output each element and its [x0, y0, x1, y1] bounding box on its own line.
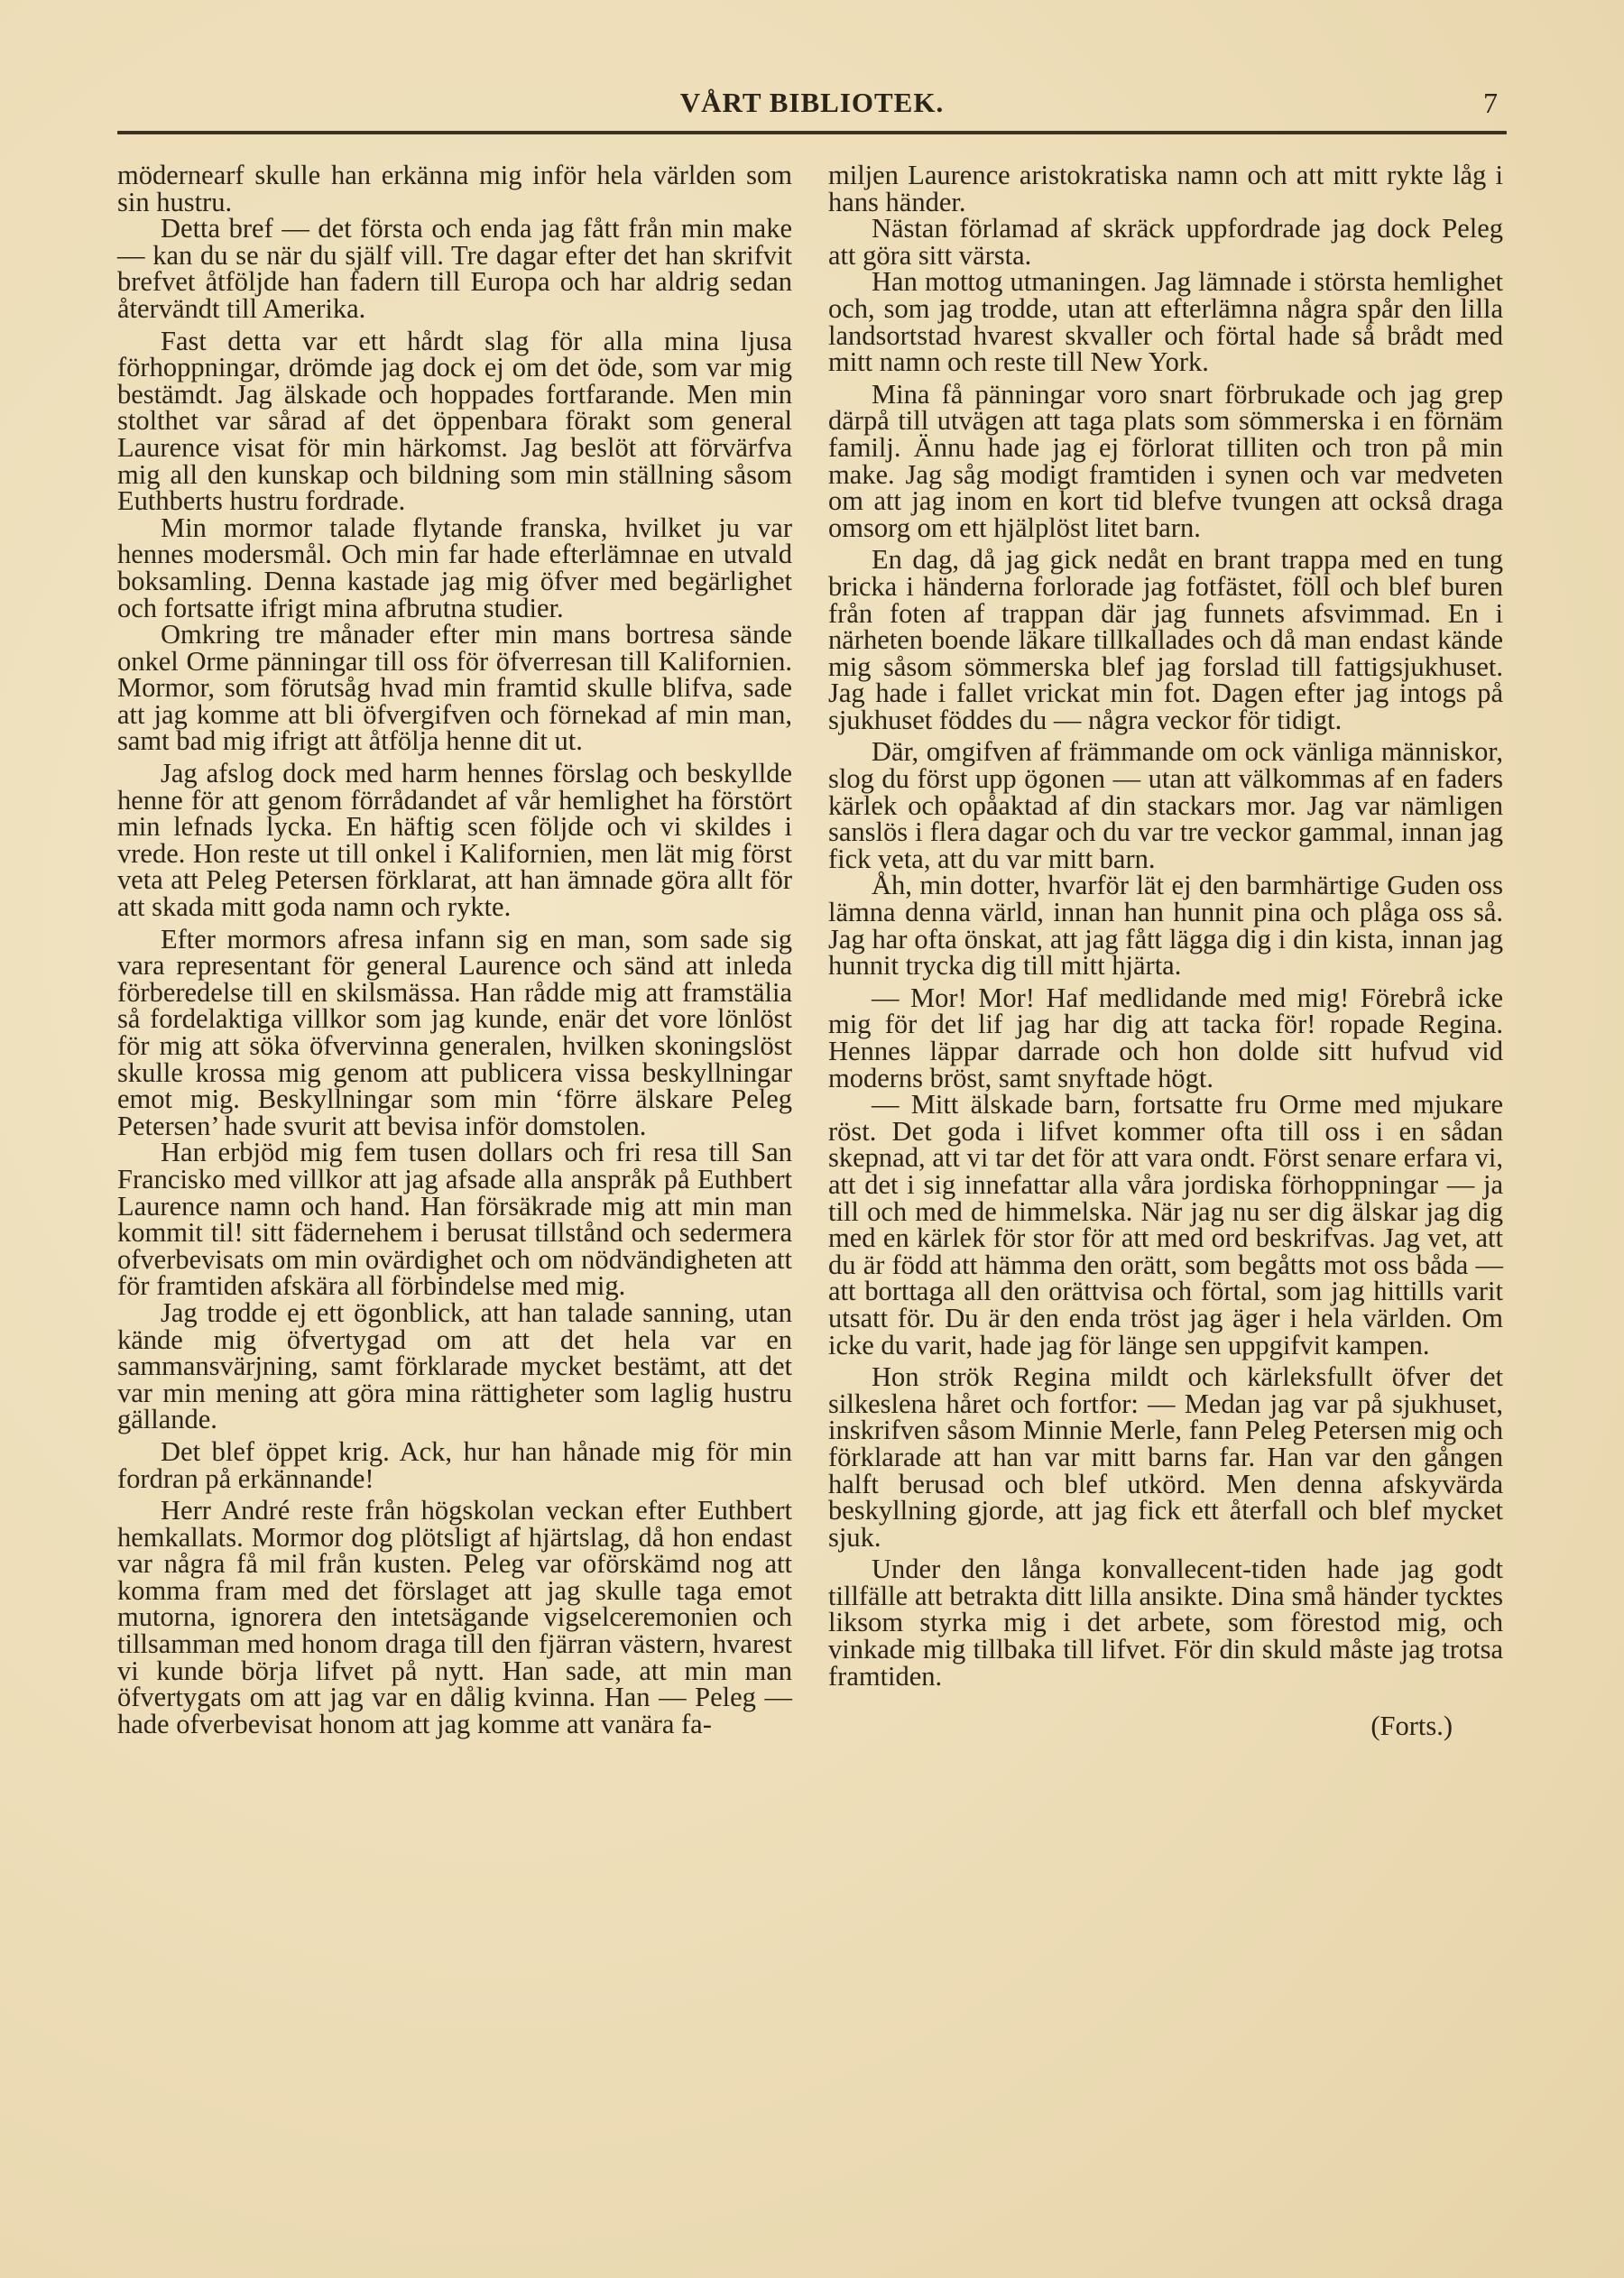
paragraph: Jag afslog dock med harm hennes förslag …	[117, 761, 792, 921]
paragraph: — Mor! Mor! Haf medlidande med mig! Före…	[828, 985, 1503, 1092]
continued-note: (Forts.)	[828, 1713, 1503, 1740]
paragraph: Detta bref — det första och enda jag fåt…	[117, 216, 792, 322]
paragraph: En dag, då jag gick nedåt en brant trapp…	[828, 547, 1503, 733]
paragraph: mödernearf skulle han erkänna mig inför …	[117, 162, 792, 216]
paragraph: Herr André reste från högskolan veckan e…	[117, 1498, 792, 1738]
text-column-left: mödernearf skulle han erkänna mig inför …	[117, 162, 792, 1738]
paragraph: Åh, min dotter, hvarför lät ej den barmh…	[828, 872, 1503, 979]
paragraph: Fast detta var ett hårdt slag för alla m…	[117, 328, 792, 515]
paragraph: miljen Laurence aristokratiska namn och …	[828, 162, 1503, 216]
paragraph: — Mitt älskade barn, fortsatte fru Orme …	[828, 1092, 1503, 1359]
paragraph: Nästan förlamad af skräck uppfordrade ja…	[828, 216, 1503, 269]
paragraph: Det blef öppet krig. Ack, hur han hånade…	[117, 1439, 792, 1492]
paragraph: Hon strök Regina mildt och kärleksfullt …	[828, 1364, 1503, 1551]
page-header: VÅRT BIBLIOTEK. 7	[117, 79, 1507, 134]
paragraph: Han erbjöd mig fem tusen dollars och fri…	[117, 1139, 792, 1300]
paragraph: Han mottog utmaningen. Jag lämnade i stö…	[828, 269, 1503, 375]
paragraph: Min mormor talade flytande franska, hvil…	[117, 515, 792, 622]
publication-title: VÅRT BIBLIOTEK.	[117, 87, 1507, 119]
paragraph: Omkring tre månader efter min mans bortr…	[117, 622, 792, 755]
text-column-right: miljen Laurence aristokratiska namn och …	[828, 162, 1503, 1740]
header-rule-divider	[117, 131, 1507, 134]
paragraph: Under den långa konvallecent-tiden hade …	[828, 1556, 1503, 1690]
paragraph: Mina få pänningar voro snart förbrukade …	[828, 382, 1503, 542]
paragraph: Efter mormors afresa infann sig en man, …	[117, 927, 792, 1140]
paragraph: Jag trodde ej ett ögonblick, att han tal…	[117, 1300, 792, 1434]
page-number: 7	[1483, 87, 1498, 120]
paragraph: Där, omgifven af främmande om ock vänlig…	[828, 739, 1503, 872]
